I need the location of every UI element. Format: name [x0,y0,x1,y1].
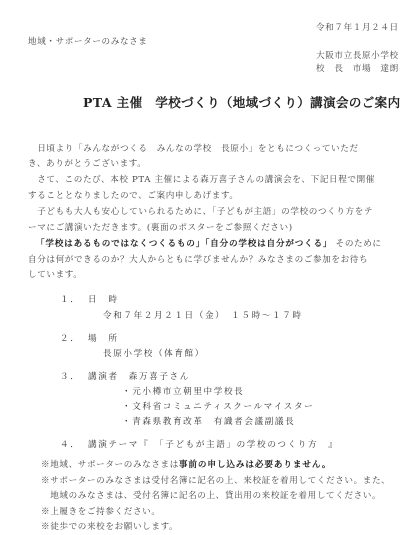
note-registration-prefix: ※地域、サポーターのみなさまは [41,460,179,470]
note-registration-bold: 事前の申し込みは必要ありません。 [179,460,331,470]
speaker-credential: ・元小樽市立朝里中学校長 [122,385,244,397]
detail-number: １． [60,293,80,305]
body-line: することとなりましたので、ご案内申しあげます。 [28,189,239,201]
emphasis-slogans: 「学校はあるものではなくつくるもの」「自分の学校は自分がつくる」 [36,239,332,249]
body-line: さて、このたび、本校 PTA 主催による森万喜子さんの講演会を、下記日程で開催 [28,173,375,185]
note-supporter-badge: ※サポーターのみなさまは受付名簿に記名の上、来校証を着用してください。また、 [41,474,390,486]
detail-number: ３． [60,370,80,382]
detail-number: ４． [60,438,80,450]
detail-label-theme: 講演テーマ『 「子どもが主語」の学校のつくり方 』 [88,438,339,450]
body-line: しています。 [28,268,82,280]
detail-value-place: 長原小学校（体育館） [103,347,205,359]
body-line: き、ありがとうございます。 [28,157,147,169]
body-line: ーマにご講演いただきます。(裏面のポスターをご参照ください) [28,221,293,233]
document-date: 令和７年１月２４日 [316,21,399,33]
detail-value-datetime: 令和７年２月２１日（金） １５時～１７時 [103,309,303,321]
sender-line: 校 長 市場 達朗 [316,62,399,74]
detail-label-place: 場 所 [88,332,119,344]
note-community-badge: 地域のみなさまは、受付名簿に記名の上、貸出用の来校証を着用してください。 [41,489,381,501]
detail-number: ２． [60,332,80,344]
detail-label-speaker: 講演者 森万喜子さん [88,370,190,382]
note-indoor-shoes: ※上履きをご持参ください。 [41,505,161,517]
emphasis-line: 「学校はあるものではなくつくるもの」「自分の学校は自分がつくる」 そのために [36,237,382,249]
body-line: 日頃より「みんながつくる みんなの学校 長原小」をともにつくっていただ [28,142,359,154]
speaker-credential: ・文科省コミュニティスクールマイスター [122,400,314,412]
note-registration: ※地域、サポーターのみなさまは事前の申し込みは必要ありません。 [41,458,331,470]
document-title: PTA 主催 学校づくり（地域づくり）講演会のご案内 [83,93,400,111]
sender-name: 市場 達朗 [353,64,399,74]
sender-title: 校 長 [316,64,344,74]
emphasis-rest: そのために [336,239,382,249]
detail-label-datetime: 日 時 [88,293,119,305]
addressee: 地域・サポーターのみなさま [28,35,148,47]
sender-school: 大阪市立長原小学校 [316,49,399,61]
body-line: 子どもも大人も安心していられるために、「子どもが主語」の学校のつくり方をテ [28,205,373,217]
note-walk: ※徒歩での来校をお願いします。 [41,520,178,532]
speaker-credential: ・青森県教育改革 有識者会議副議長 [122,415,295,427]
body-line: 自分は何ができるのか？大人からともに学びませんか？みなさまのご参加をお待ち [28,253,368,265]
